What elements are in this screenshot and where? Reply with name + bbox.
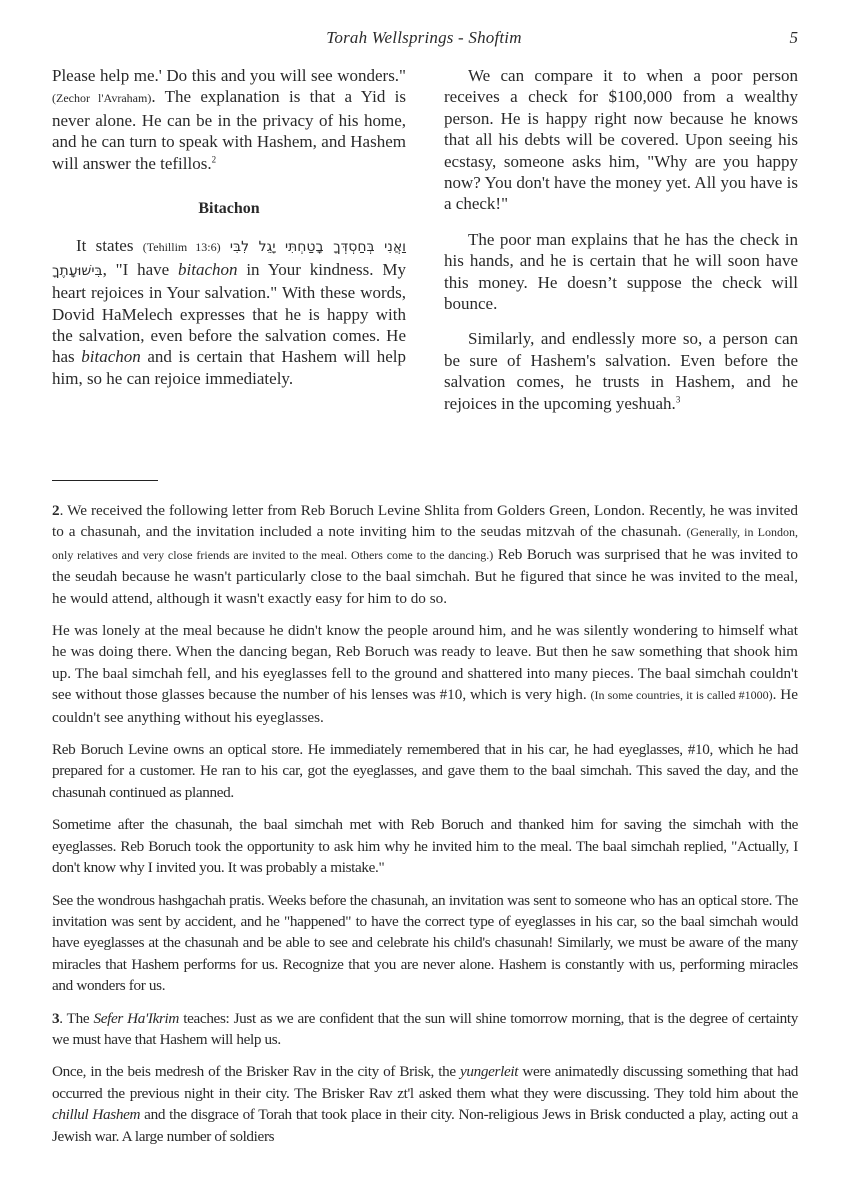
book-title: Torah Wellsprings - Shoftim [50,28,798,48]
footnote-paragraph: Sometime after the chasunah, the baal si… [52,814,798,878]
paragraph: We can compare it to when a poor person … [444,65,798,215]
footnotes: 2. We received the following letter from… [52,500,798,1158]
footnote-2: 2. We received the following letter from… [52,500,798,609]
footnote-3: 3. The Sefer Ha'Ikrim teaches: Just as w… [52,1008,798,1051]
footnote-ref-2[interactable]: 2 [212,154,217,164]
footnote-divider [52,480,158,481]
footnote-paragraph: See the wondrous hashgachah pratis. Week… [52,890,798,997]
footnote-paragraph: Once, in the beis medresh of the Brisker… [52,1061,798,1147]
right-column: We can compare it to when a poor person … [444,65,798,428]
paragraph: It states (Tehillim 13:6) וַאֲנִי בְּחַס… [52,235,406,389]
footnote-ref-3[interactable]: 3 [676,394,681,404]
paragraph: Similarly, and endlessly more so, a pers… [444,328,798,414]
paragraph: The poor man explains that he has the ch… [444,229,798,315]
running-header: Torah Wellsprings - Shoftim 5 [50,28,798,54]
paragraph: Please help me.' Do this and you will se… [52,65,406,174]
section-heading: Bitachon [52,198,406,219]
footnote-paragraph: He was lonely at the meal because he did… [52,620,798,728]
left-column: Please help me.' Do this and you will se… [52,65,406,403]
citation: (Zechor l'Avraham) [52,91,151,105]
footnote-paragraph: Reb Boruch Levine owns an optical store.… [52,739,798,803]
citation: (Tehillim 13:6) [143,240,221,254]
page-number: 5 [790,28,799,48]
footnote-number: 2 [52,502,60,519]
